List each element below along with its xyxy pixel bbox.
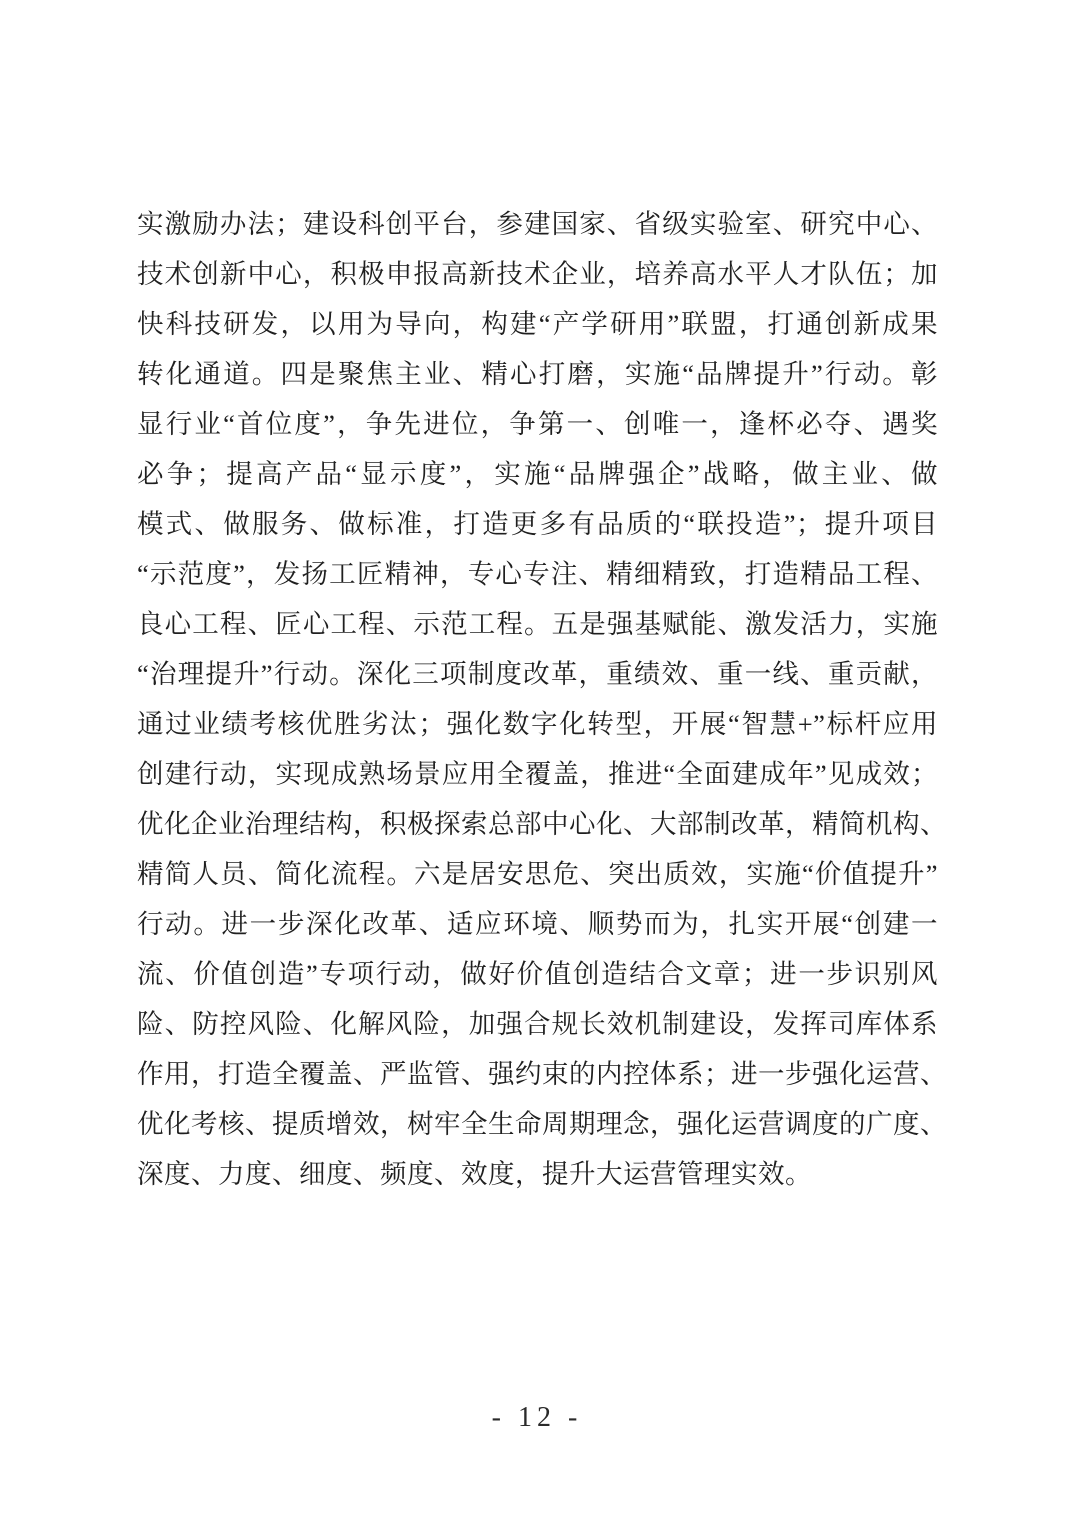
body-line: 优化考核、提质增效，树牢全生命周期理念，强化运营调度的广度、: [137, 1099, 938, 1149]
body-line: 良心工程、匠心工程、示范工程。五是强基赋能、激发活力，实施: [137, 599, 938, 649]
body-line: 快科技研发，以用为导向，构建“产学研用”联盟，打通创新成果: [137, 299, 938, 349]
body-line: 作用，打造全覆盖、严监管、强约束的内控体系；进一步强化运营、: [137, 1049, 938, 1099]
page-number: - 12 -: [492, 1402, 583, 1433]
body-text: 实激励办法；建设科创平台，参建国家、省级实验室、研究中心、 技术创新中心，积极申…: [137, 199, 938, 1199]
body-line: 必争；提高产品“显示度”，实施“品牌强企”战略，做主业、做: [137, 449, 938, 499]
body-line: 优化企业治理结构，积极探索总部中心化、大部制改革，精简机构、: [137, 799, 938, 849]
body-line: 实激励办法；建设科创平台，参建国家、省级实验室、研究中心、: [137, 199, 938, 249]
body-line: 创建行动，实现成熟场景应用全覆盖，推进“全面建成年”见成效；: [137, 749, 938, 799]
body-line: 显行业“首位度”，争先进位，争第一、创唯一，逢杯必夺、遇奖: [137, 399, 938, 449]
body-line: 通过业绩考核优胜劣汰；强化数字化转型，开展“智慧+”标杆应用: [137, 699, 938, 749]
body-line: 险、防控风险、化解风险，加强合规长效机制建设，发挥司库体系: [137, 999, 938, 1049]
body-line: “示范度”，发扬工匠精神，专心专注、精细精致，打造精品工程、: [137, 549, 938, 599]
body-line: 流、价值创造”专项行动，做好价值创造结合文章；进一步识别风: [137, 949, 938, 999]
body-line: 精简人员、简化流程。六是居安思危、突出质效，实施“价值提升”: [137, 849, 938, 899]
body-line: “治理提升”行动。深化三项制度改革，重绩效、重一线、重贡献，: [137, 649, 938, 699]
document-page: 实激励办法；建设科创平台，参建国家、省级实验室、研究中心、 技术创新中心，积极申…: [0, 0, 1074, 1520]
body-line: 深度、力度、细度、频度、效度，提升大运营管理实效。: [137, 1149, 938, 1199]
page-footer: - 12 -: [0, 1402, 1074, 1434]
body-line: 技术创新中心，积极申报高新技术企业，培养高水平人才队伍；加: [137, 249, 938, 299]
body-line: 模式、做服务、做标准，打造更多有品质的“联投造”；提升项目: [137, 499, 938, 549]
body-line: 转化通道。四是聚焦主业、精心打磨，实施“品牌提升”行动。彰: [137, 349, 938, 399]
body-line: 行动。进一步深化改革、适应环境、顺势而为，扎实开展“创建一: [137, 899, 938, 949]
